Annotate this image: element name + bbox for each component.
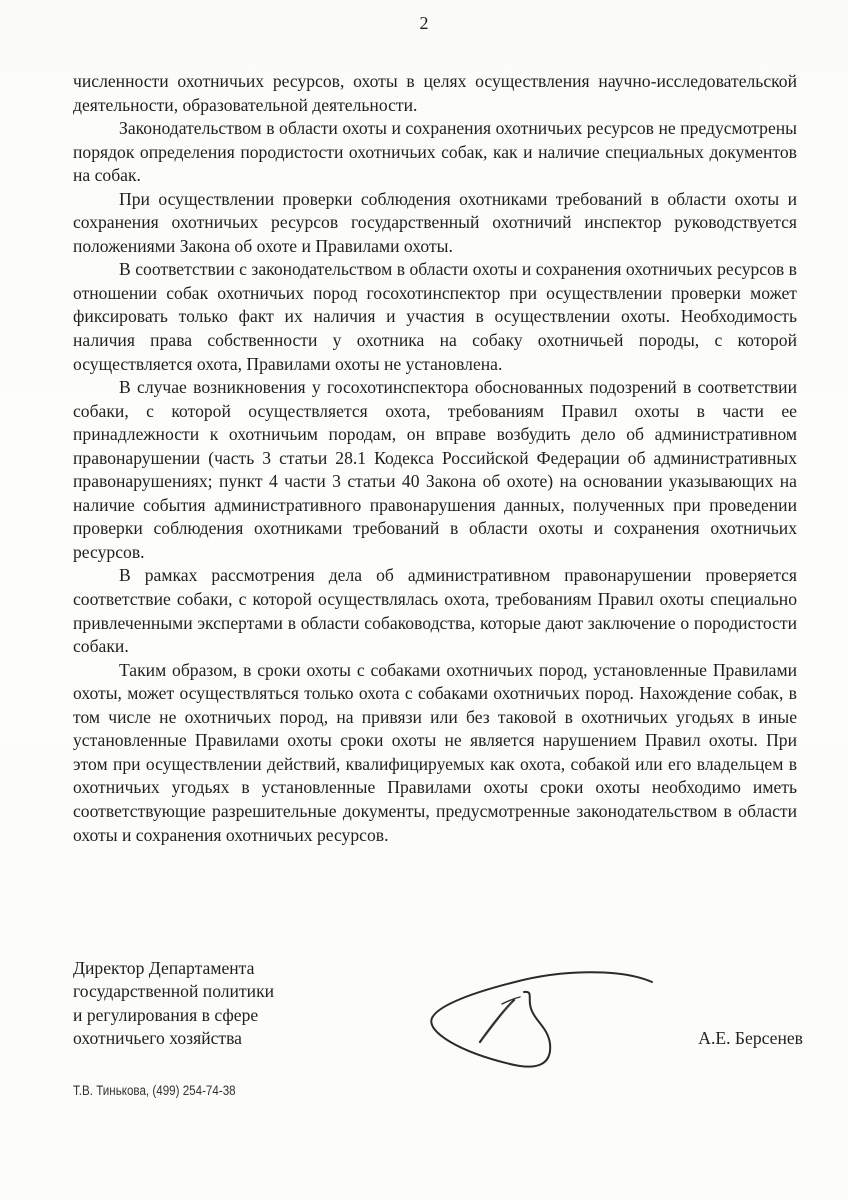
signature-block: Директор Департамента государственной по… (73, 957, 803, 1067)
signer-title-line: Директор Департамента (73, 957, 274, 980)
paragraph-4: В соответствии с законодательством в обл… (73, 258, 797, 376)
document-page: 2 численности охотничьих ресурсов, охоты… (0, 0, 848, 1200)
signer-name: А.Е. Берсенев (698, 1027, 803, 1050)
executor-contact: Т.В. Тинькова, (499) 254-74-38 (73, 1083, 236, 1099)
paragraph-6: В рамках рассмотрения дела об администра… (73, 564, 797, 658)
page-number: 2 (0, 12, 848, 34)
signer-title-line: охотничьего хозяйства (73, 1027, 274, 1050)
paragraph-3: При осуществлении проверки соблюдения ох… (73, 188, 797, 259)
paragraph-5: В случае возникновения у госохотинспекто… (73, 376, 797, 564)
signer-title-line: и регулирования в сфере (73, 1004, 274, 1027)
signer-title-line: государственной политики (73, 980, 274, 1003)
signer-title: Директор Департамента государственной по… (73, 957, 274, 1050)
letter-body: численности охотничьих ресурсов, охоты в… (73, 70, 797, 847)
handwritten-signature-icon (420, 960, 660, 1070)
paragraph-2: Законодательством в области охоты и сохр… (73, 117, 797, 188)
paragraph-7: Таким образом, в сроки охоты с собаками … (73, 659, 797, 847)
paragraph-1: численности охотничьих ресурсов, охоты в… (73, 70, 797, 117)
